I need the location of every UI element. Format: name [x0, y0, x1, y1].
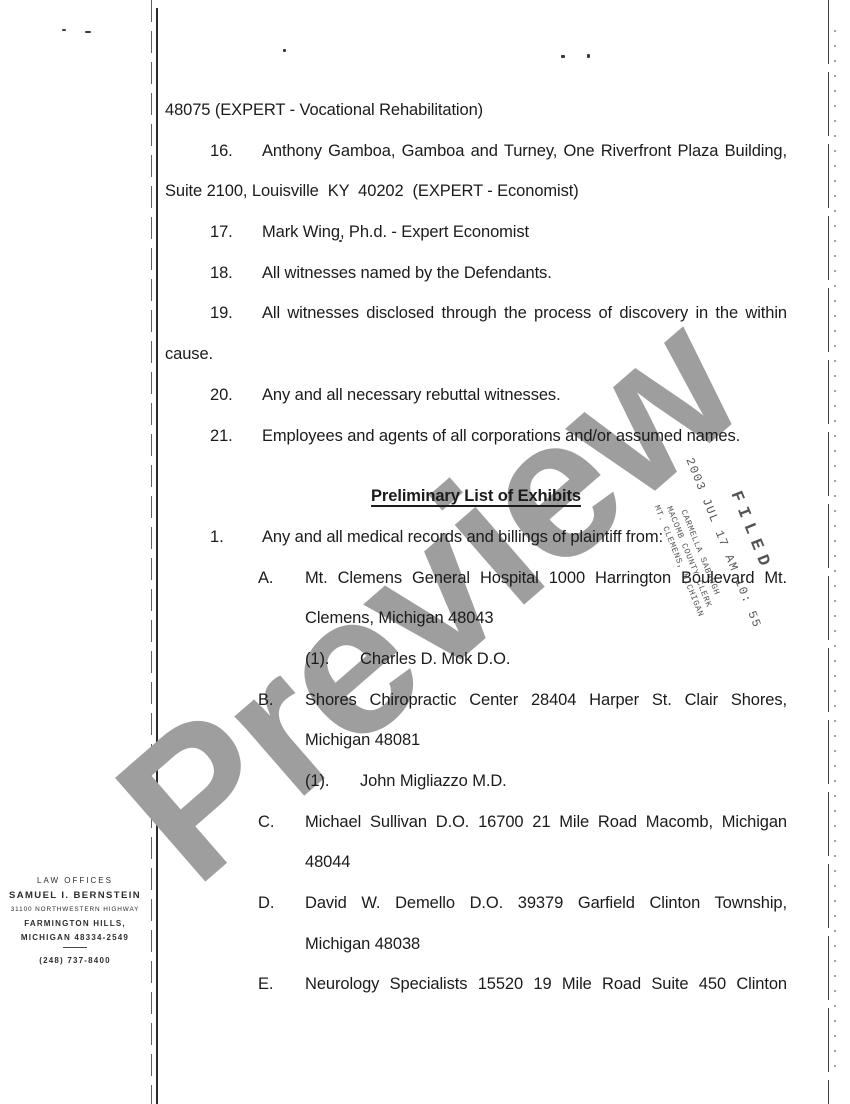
document-line: E.Neurology Specialists 15520 19 Mile Ro…	[165, 964, 787, 1005]
line-text: Shores Chiropractic Center 28404 Harper …	[305, 691, 787, 709]
line-text: John Migliazzo M.D.	[360, 772, 507, 790]
line-marker: 17.	[210, 212, 262, 253]
document-line: 20.Any and all necessary rebuttal witnes…	[165, 375, 787, 416]
left-margin-rule-outer	[151, 0, 152, 1104]
document-line: Michigan 48081	[165, 720, 787, 761]
line-marker: A.	[258, 558, 305, 599]
document-line: cause.	[165, 334, 787, 375]
line-text: 48075 (EXPERT - Vocational Rehabilitatio…	[165, 101, 483, 119]
sidebar-line: (248) 737-8400	[0, 956, 150, 965]
line-marker: 21.	[210, 416, 262, 457]
line-text: Charles D. Mok D.O.	[360, 650, 510, 668]
left-margin-rule-inner	[156, 8, 158, 1104]
line-marker: C.	[258, 802, 305, 843]
line-text: Mark Wing, Ph.d. - Expert Economist	[262, 223, 529, 241]
sidebar-line: 31100 NORTHWESTERN HIGHWAY	[0, 906, 150, 913]
sidebar-divider	[63, 947, 87, 948]
document-line: B.Shores Chiropractic Center 28404 Harpe…	[165, 680, 787, 721]
document-line: 17.Mark Wing, Ph.d. - Expert Economist	[165, 212, 787, 253]
scan-speck	[62, 29, 66, 31]
document-line: C.Michael Sullivan D.O. 16700 21 Mile Ro…	[165, 802, 787, 843]
right-margin-rule	[828, 0, 829, 1104]
line-text: Neurology Specialists 15520 19 Mile Road…	[305, 975, 787, 993]
line-text: Michigan 48081	[305, 731, 420, 749]
line-text: Preliminary List of Exhibits	[371, 487, 581, 505]
line-text: cause.	[165, 345, 213, 363]
scan-speck	[561, 55, 565, 58]
document-line: 48044	[165, 842, 787, 883]
sidebar-line: LAW OFFICES	[0, 876, 150, 885]
line-text: All witnesses disclosed through the proc…	[262, 304, 787, 322]
line-marker: 19.	[210, 293, 262, 334]
document-line: (1).Charles D. Mok D.O.	[165, 639, 787, 680]
line-text: Anthony Gamboa, Gamboa and Turney, One R…	[262, 142, 787, 160]
line-marker: D.	[258, 883, 305, 924]
line-text: All witnesses named by the Defendants.	[262, 264, 552, 282]
scanned-document-page: Preview 48075 (EXPERT - Vocational Rehab…	[0, 0, 850, 1104]
document-line: 48075 (EXPERT - Vocational Rehabilitatio…	[165, 90, 787, 131]
line-marker: (1).	[305, 761, 360, 802]
scan-speck	[283, 49, 286, 52]
document-line: (1).John Migliazzo M.D.	[165, 761, 787, 802]
document-line: Michigan 48038	[165, 924, 787, 965]
document-line: 18.All witnesses named by the Defendants…	[165, 253, 787, 294]
line-text: Suite 2100, Louisville KY 40202 (EXPERT …	[165, 182, 579, 200]
sidebar-line: MICHIGAN 48334-2549	[0, 933, 150, 942]
document-line: 16.Anthony Gamboa, Gamboa and Turney, On…	[165, 131, 787, 172]
line-marker: E.	[258, 964, 305, 1005]
line-marker: 20.	[210, 375, 262, 416]
document-line: D.David W. Demello D.O. 39379 Garfield C…	[165, 883, 787, 924]
line-text: Clemens, Michigan 48043	[305, 609, 493, 627]
document-line: 19.All witnesses disclosed through the p…	[165, 293, 787, 334]
line-marker: (1).	[305, 639, 360, 680]
line-text: Any and all necessary rebuttal witnesses…	[262, 386, 561, 404]
line-marker: B.	[258, 680, 305, 721]
line-text: Michigan 48038	[305, 935, 420, 953]
line-text: David W. Demello D.O. 39379 Garfield Cli…	[305, 894, 787, 912]
scan-speck	[587, 54, 590, 58]
right-edge-dots	[834, 30, 836, 1076]
law-office-block: LAW OFFICESSAMUEL I. BERNSTEIN31100 NORT…	[0, 876, 150, 970]
line-marker: 16.	[210, 131, 262, 172]
line-marker: 1.	[210, 517, 262, 558]
sidebar-line: SAMUEL I. BERNSTEIN	[0, 890, 150, 901]
document-line: Suite 2100, Louisville KY 40202 (EXPERT …	[165, 171, 787, 212]
line-text: Michael Sullivan D.O. 16700 21 Mile Road…	[305, 813, 787, 831]
line-text: 48044	[305, 853, 350, 871]
sidebar-line: FARMINGTON HILLS,	[0, 919, 150, 928]
line-text: Any and all medical records and billings…	[262, 528, 663, 546]
scan-speck	[85, 31, 91, 33]
line-marker: 18.	[210, 253, 262, 294]
